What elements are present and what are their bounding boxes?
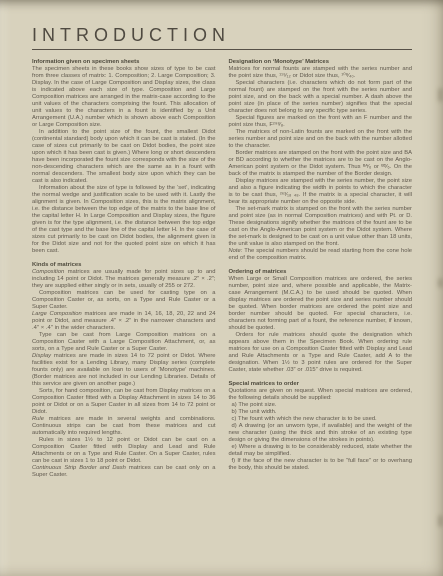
paragraph: The specimen sheets in these books show …: [32, 66, 216, 129]
paragraph-text: matrices are made in several weights and…: [32, 416, 216, 436]
paragraph-lead: Rule: [32, 416, 44, 422]
paragraph-text: Special characters (i.e. characters whic…: [229, 80, 413, 114]
list-item-text: e) Where a drawing is to be considerably…: [229, 444, 413, 457]
scan-edge-smudge: [438, 278, 443, 288]
paragraph-text: The matrices of non-Latin founts are mar…: [229, 129, 413, 149]
list-item-text: f) If the face of the new character is t…: [229, 458, 413, 471]
title-rule: [32, 49, 412, 50]
section-designation-monotype-matrices: Designation on ‘Monotype’ Matrices Matri…: [229, 59, 413, 262]
paragraph: Sorts, for hand composition, can be cast…: [32, 388, 216, 416]
list-item: c) The fount with which the new characte…: [229, 416, 413, 423]
paragraph: Special characters (i.e. characters whic…: [229, 80, 413, 115]
list-item: e) Where a drawing is to be considerably…: [229, 444, 413, 458]
paragraph-text: Composition matrices can be used for cas…: [32, 290, 216, 310]
list-item-text: b) The unit width.: [232, 409, 277, 415]
paragraph-lead: Display: [32, 353, 51, 359]
right-column: Designation on ‘Monotype’ Matrices Matri…: [229, 59, 413, 486]
paragraph: When Large or Small Composition matrices…: [229, 276, 413, 332]
paragraph: In addition to the point size of the fou…: [32, 129, 216, 185]
section-heading: Designation on ‘Monotype’ Matrices: [229, 59, 413, 66]
scan-edge-smudge: [438, 88, 443, 102]
paragraph-lead: Large Composition: [32, 311, 82, 317]
paragraph-note: Note: The special numbers should be read…: [229, 248, 413, 262]
paragraph: Display matrices are made in sizes 14 to…: [32, 353, 216, 388]
paragraph: Quotations are given on request. When sp…: [229, 388, 413, 402]
paragraph: The set-mark matrix is stamped on the fr…: [229, 206, 413, 248]
list-item-text: c) The fount with which the new characte…: [232, 416, 377, 422]
paragraph-text: matrices are made in sizes 14 to 72 poin…: [32, 353, 216, 387]
list-item-text: d) A drawing (or an unworn type, if avai…: [229, 423, 413, 443]
paragraph-lead: Continuous Strip Border and Dash: [32, 465, 126, 471]
paragraph-lead: Note:: [229, 248, 243, 254]
paragraph-text: Type can be cast from Large Composition …: [32, 332, 216, 352]
paragraph: Composition matrices are usually made fo…: [32, 269, 216, 290]
paragraph-text: When Large or Small Composition matrices…: [229, 276, 413, 331]
paragraph: Orders for rule matrices should quote th…: [229, 332, 413, 374]
scan-edge-smudge: [438, 515, 443, 527]
paragraph-lead: Composition: [32, 269, 64, 275]
paragraph: Composition matrices can be used for cas…: [32, 290, 216, 311]
section-heading: Information given on specimen sheets: [32, 59, 216, 66]
paragraph-text: Sorts, for hand composition, can be cast…: [32, 388, 216, 415]
paragraph: Continuous Strip Border and Dash matrice…: [32, 465, 216, 479]
paragraph: Rule matrices are made in several weight…: [32, 416, 216, 437]
paragraph: Border matrices are stamped on the front…: [229, 150, 413, 178]
paragraph: Special figures are marked on the front …: [229, 115, 413, 129]
paragraph-text: Matrices for normal founts are stamped w…: [229, 66, 413, 79]
section-special-matrices-to-order: Special matrices to order Quotations are…: [229, 381, 413, 472]
paragraph-text: Special figures are marked on the front …: [229, 115, 413, 128]
paragraph: Type can be cast from Large Composition …: [32, 332, 216, 353]
section-heading: Special matrices to order: [229, 381, 413, 388]
paragraph-text: Quotations are given on request. When sp…: [229, 388, 413, 401]
section-specimen-sheets: Information given on specimen sheets The…: [32, 59, 216, 255]
section-heading: Ordering of matrices: [229, 269, 413, 276]
paragraph-text: The specimen sheets in these books show …: [32, 66, 216, 128]
page-title: INTRODUCTION: [32, 26, 412, 45]
paragraph-text: Border matrices are stamped on the front…: [229, 150, 413, 177]
paragraph-text: In addition to the point size of the fou…: [32, 129, 216, 184]
paragraph-text: The special numbers should be read start…: [229, 248, 413, 261]
list-item: f) If the face of the new character is t…: [229, 458, 413, 472]
section-heading: Kinds of matrices: [32, 262, 216, 269]
list-item: d) A drawing (or an unworn type, if avai…: [229, 423, 413, 444]
paragraph: Matrices for normal founts are stamped w…: [229, 66, 413, 80]
two-column-text: Information given on specimen sheets The…: [32, 59, 412, 486]
paragraph-text: Rules in sizes 1½ to 12 point or Didot c…: [32, 437, 216, 464]
paragraph-text: Information about the size of type is fo…: [32, 185, 216, 254]
list-item: a) The point size.: [229, 402, 413, 409]
paragraph-text: Orders for rule matrices should quote th…: [229, 332, 413, 373]
paragraph-text: Display matrices are stamped with the se…: [229, 178, 413, 205]
list-item: b) The unit width.: [229, 409, 413, 416]
paragraph: The matrices of non-Latin founts are mar…: [229, 129, 413, 150]
scanned-book-page: INTRODUCTION Information given on specim…: [0, 0, 443, 576]
paragraph: Large Composition matrices are made in 1…: [32, 311, 216, 332]
paragraph: Rules in sizes 1½ to 12 point or Didot c…: [32, 437, 216, 465]
section-ordering-of-matrices: Ordering of matrices When Large or Small…: [229, 269, 413, 374]
section-kinds-of-matrices: Kinds of matrices Composition matrices a…: [32, 262, 216, 479]
left-column: Information given on specimen sheets The…: [32, 59, 216, 486]
paragraph: Display matrices are stamped with the se…: [229, 178, 413, 206]
paragraph-text: The set-mark matrix is stamped on the fr…: [229, 206, 413, 247]
paragraph: Information about the size of type is fo…: [32, 185, 216, 255]
list-item-text: a) The point size.: [232, 402, 277, 408]
